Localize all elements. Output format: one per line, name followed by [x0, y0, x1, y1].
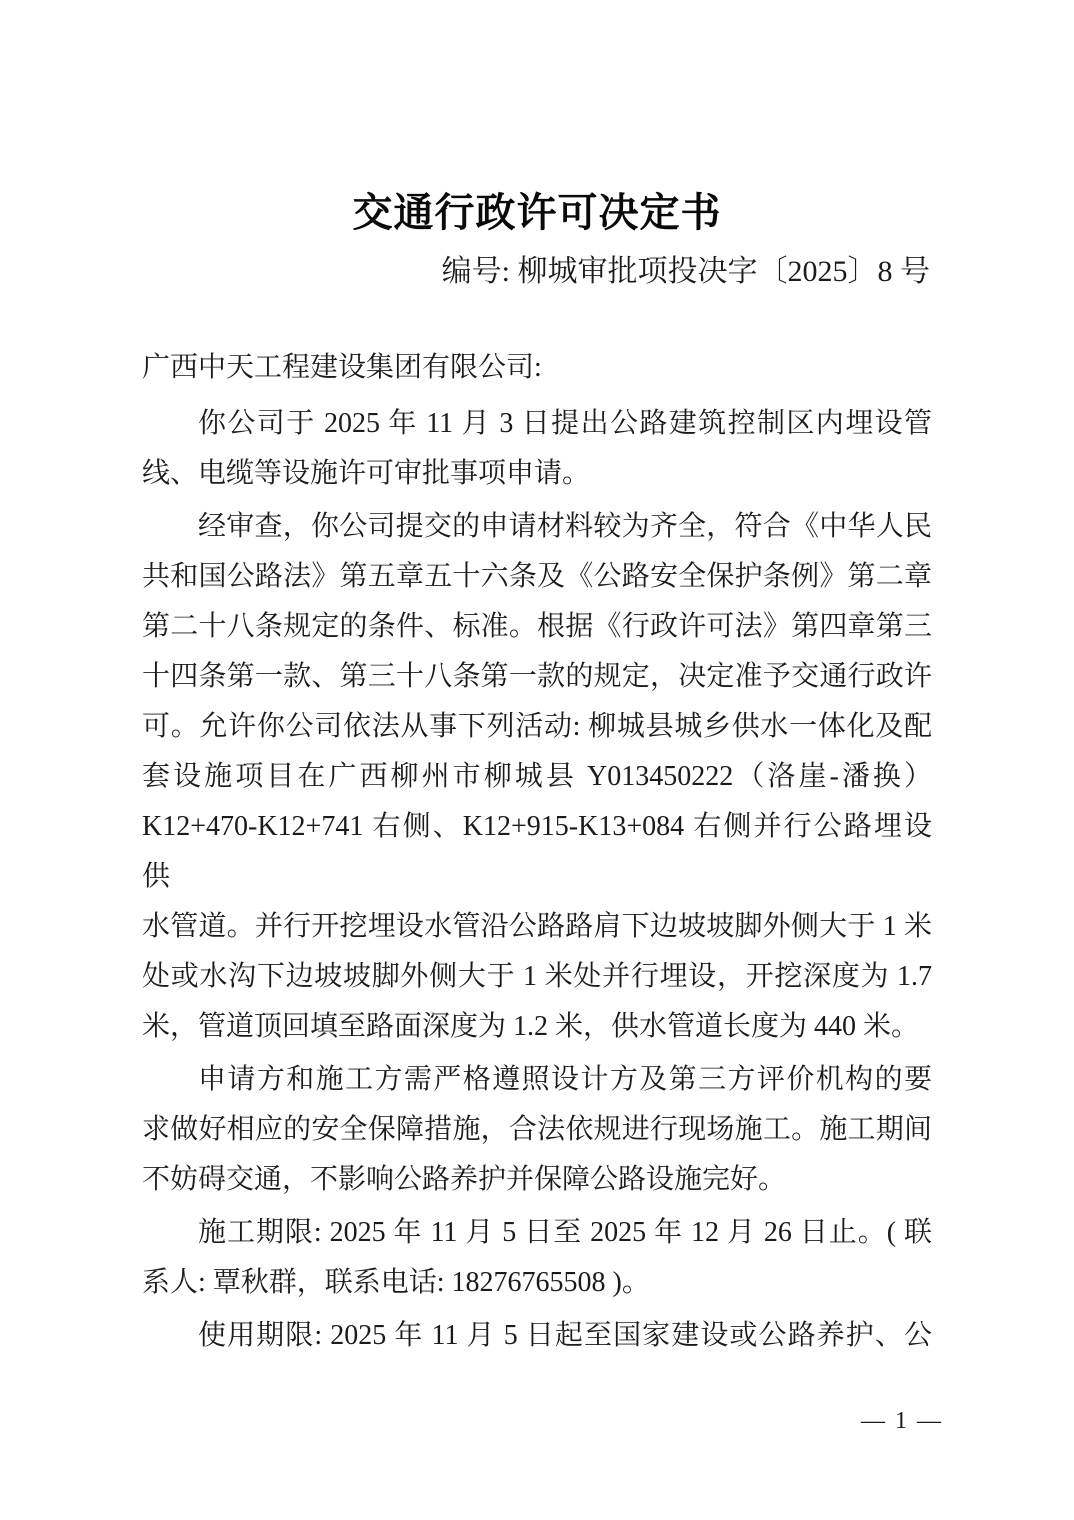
body-line: 施工期限: 2025 年 11 月 5 日至 2025 年 12 月 26 日止…	[142, 1208, 932, 1258]
body-line: 共和国公路法》第五章五十六条及《公路安全保护条例》第二章	[142, 552, 932, 602]
page-number: — 1 —	[861, 1406, 943, 1436]
body-line: 系人: 覃秋群，联系电话: 18276765508 )。	[142, 1258, 932, 1308]
body-line: 不妨碍交通，不影响公路养护并保障公路设施完好。	[142, 1155, 932, 1205]
paragraph: 经审查，你公司提交的申请材料较为齐全，符合《中华人民 共和国公路法》第五章五十六…	[142, 502, 932, 1052]
paragraph: 申请方和施工方需严格遵照设计方及第三方评价机构的要 求做好相应的安全保障措施，合…	[142, 1055, 932, 1205]
paragraph: 使用期限: 2025 年 11 月 5 日起至国家建设或公路养护、公	[142, 1311, 932, 1361]
body-line: 使用期限: 2025 年 11 月 5 日起至国家建设或公路养护、公	[142, 1311, 932, 1361]
body-line: 套设施项目在广西柳州市柳城县 Y013450222（洛崖-潘换）	[142, 752, 932, 802]
body-line: 米，管道顶回填至路面深度为 1.2 米，供水管道长度为 440 米。	[142, 1002, 932, 1052]
body-line: 申请方和施工方需严格遵照设计方及第三方评价机构的要	[142, 1055, 932, 1105]
salutation: 广西中天工程建设集团有限公司:	[142, 343, 932, 393]
body-line: 线、电缆等设施许可审批事项申请。	[142, 449, 932, 499]
body-line: 处或水沟下边坡坡脚外侧大于 1 米处并行埋设，开挖深度为 1.7	[142, 952, 932, 1002]
doc-number: 编号: 柳城审批项投决字〔2025〕8 号	[442, 250, 930, 294]
body-line: 水管道。并行开挖埋设水管沿公路路肩下边坡坡脚外侧大于 1 米	[142, 902, 932, 952]
body-line: K12+470-K12+741 右侧、K12+915-K13+084 右侧并行公…	[142, 802, 932, 902]
body-line: 可。允许你公司依法从事下列活动: 柳城县城乡供水一体化及配	[142, 702, 932, 752]
document-body: 广西中天工程建设集团有限公司: 你公司于 2025 年 11 月 3 日提出公路…	[142, 343, 932, 1364]
body-line: 经审查，你公司提交的申请材料较为齐全，符合《中华人民	[142, 502, 932, 552]
document-page: 交通行政许可决定书 编号: 柳城审批项投决字〔2025〕8 号 广西中天工程建设…	[0, 0, 1074, 1520]
page-title: 交通行政许可决定书	[0, 186, 1074, 240]
body-line: 求做好相应的安全保障措施，合法依规进行现场施工。施工期间	[142, 1105, 932, 1155]
body-line: 你公司于 2025 年 11 月 3 日提出公路建筑控制区内埋设管	[142, 399, 932, 449]
paragraph: 施工期限: 2025 年 11 月 5 日至 2025 年 12 月 26 日止…	[142, 1208, 932, 1308]
paragraph: 你公司于 2025 年 11 月 3 日提出公路建筑控制区内埋设管 线、电缆等设…	[142, 399, 932, 499]
body-line: 第二十八条规定的条件、标准。根据《行政许可法》第四章第三	[142, 602, 932, 652]
body-line: 十四条第一款、第三十八条第一款的规定，决定准予交通行政许	[142, 652, 932, 702]
